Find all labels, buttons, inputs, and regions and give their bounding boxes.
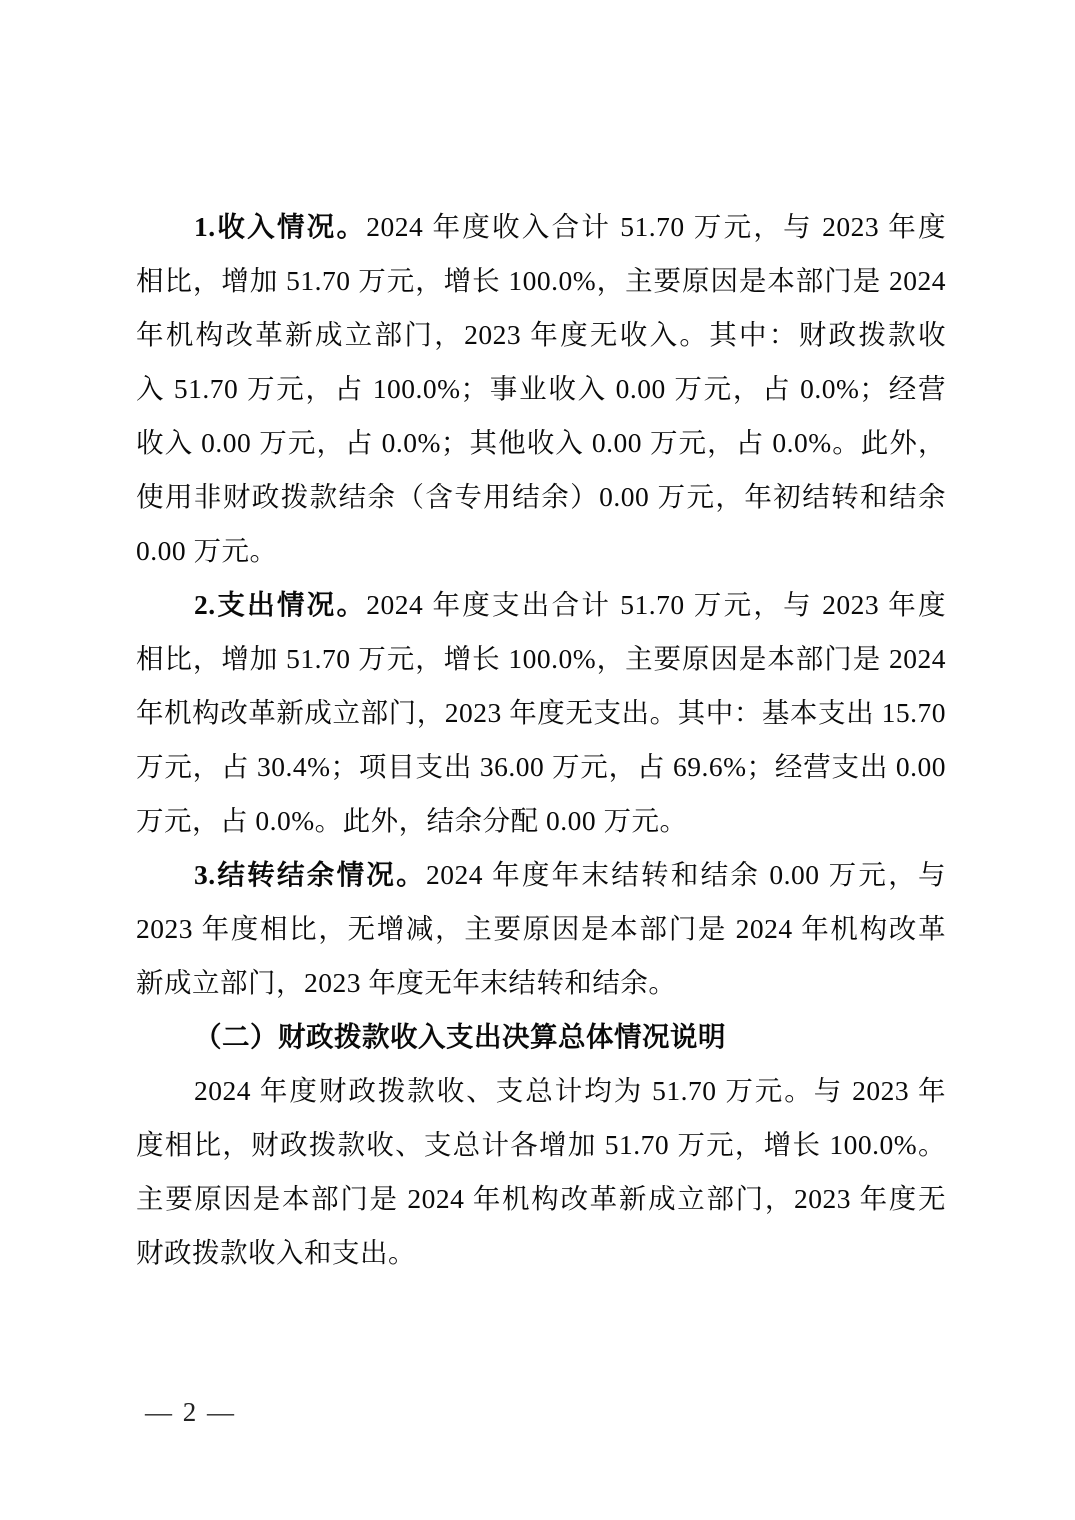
heading-fiscal-appropriation-summary: （二）财政拨款收入支出决算总体情况说明: [136, 1010, 946, 1064]
text-segment: 主要原因是本部门是 2024 年机构改革新成立部门，2023 年度无: [136, 1183, 946, 1214]
text-line: （二）财政拨款收入支出决算总体情况说明: [136, 1010, 946, 1064]
text-line: 2023 年度相比，无增减，主要原因是本部门是 2024 年机构改革: [136, 902, 946, 956]
text-line: 相比，增加 51.70 万元，增长 100.0%，主要原因是本部门是 2024: [136, 632, 946, 686]
text-segment: 新成立部门，2023 年度无年末结转和结余。: [136, 967, 676, 998]
text-segment: 使用非财政拨款结余（含专用结余）0.00 万元，年初结转和结余: [136, 481, 946, 512]
text-line: 3.结转结余情况。2024 年度年末结转和结余 0.00 万元，与: [136, 848, 946, 902]
paragraph-expenditure: 2.支出情况。2024 年度支出合计 51.70 万元，与 2023 年度相比，…: [136, 578, 946, 848]
text-segment: 财政拨款收入和支出。: [136, 1237, 416, 1268]
text-segment: 相比，增加 51.70 万元，增长 100.0%，主要原因是本部门是 2024: [136, 643, 946, 674]
bold-lead-in: 1.收入情况。: [194, 211, 366, 242]
text-segment: 万元，占 0.0%。此外，结余分配 0.00 万元。: [136, 805, 688, 836]
text-segment: 2024 年度财政拨款收、支总计均为 51.70 万元。与 2023 年: [194, 1075, 946, 1106]
text-segment: 年机构改革新成立部门，2023 年度无收入。其中：财政拨款收: [136, 319, 946, 350]
document-body: 1.收入情况。2024 年度收入合计 51.70 万元，与 2023 年度相比，…: [136, 200, 946, 1280]
text-segment: 年机构改革新成立部门，2023 年度无支出。其中：基本支出 15.70: [136, 697, 946, 728]
page-footer: — 2 —: [145, 1396, 236, 1428]
paragraph-fiscal-appropriation: 2024 年度财政拨款收、支总计均为 51.70 万元。与 2023 年度相比，…: [136, 1064, 946, 1280]
bold-lead-in: 2.支出情况。: [194, 589, 366, 620]
text-segment: 相比，增加 51.70 万元，增长 100.0%，主要原因是本部门是 2024: [136, 265, 946, 296]
text-line: 0.00 万元。: [136, 524, 946, 578]
text-segment: 入 51.70 万元，占 100.0%；事业收入 0.00 万元，占 0.0%；…: [136, 373, 946, 404]
text-line: 2.支出情况。2024 年度支出合计 51.70 万元，与 2023 年度: [136, 578, 946, 632]
text-segment: 2023 年度相比，无增减，主要原因是本部门是 2024 年机构改革: [136, 913, 946, 944]
text-line: 入 51.70 万元，占 100.0%；事业收入 0.00 万元，占 0.0%；…: [136, 362, 946, 416]
text-segment: 度相比，财政拨款收、支总计各增加 51.70 万元，增长 100.0%。: [136, 1129, 946, 1160]
bold-lead-in: 3.结转结余情况。: [194, 859, 426, 890]
paragraph-income: 1.收入情况。2024 年度收入合计 51.70 万元，与 2023 年度相比，…: [136, 200, 946, 578]
document-page: 1.收入情况。2024 年度收入合计 51.70 万元，与 2023 年度相比，…: [0, 0, 1075, 1520]
page-number: — 2 —: [145, 1397, 236, 1427]
paragraph-carryover-balance: 3.结转结余情况。2024 年度年末结转和结余 0.00 万元，与2023 年度…: [136, 848, 946, 1010]
text-line: 新成立部门，2023 年度无年末结转和结余。: [136, 956, 946, 1010]
text-line: 财政拨款收入和支出。: [136, 1226, 946, 1280]
text-line: 万元，占 30.4%；项目支出 36.00 万元，占 69.6%；经营支出 0.…: [136, 740, 946, 794]
text-segment: 2024 年度支出合计 51.70 万元，与 2023 年度: [366, 589, 946, 620]
text-segment: 收入 0.00 万元，占 0.0%；其他收入 0.00 万元，占 0.0%。此外…: [136, 427, 946, 458]
text-segment: 0.00 万元。: [136, 535, 278, 566]
bold-lead-in: （二）财政拨款收入支出决算总体情况说明: [194, 1021, 726, 1052]
text-line: 1.收入情况。2024 年度收入合计 51.70 万元，与 2023 年度: [136, 200, 946, 254]
text-line: 相比，增加 51.70 万元，增长 100.0%，主要原因是本部门是 2024: [136, 254, 946, 308]
text-segment: 万元，占 30.4%；项目支出 36.00 万元，占 69.6%；经营支出 0.…: [136, 751, 946, 782]
text-segment: 2024 年度年末结转和结余 0.00 万元，与: [426, 859, 946, 890]
text-line: 度相比，财政拨款收、支总计各增加 51.70 万元，增长 100.0%。: [136, 1118, 946, 1172]
text-line: 使用非财政拨款结余（含专用结余）0.00 万元，年初结转和结余: [136, 470, 946, 524]
text-line: 万元，占 0.0%。此外，结余分配 0.00 万元。: [136, 794, 946, 848]
text-line: 收入 0.00 万元，占 0.0%；其他收入 0.00 万元，占 0.0%。此外…: [136, 416, 946, 470]
text-line: 年机构改革新成立部门，2023 年度无收入。其中：财政拨款收: [136, 308, 946, 362]
text-segment: 2024 年度收入合计 51.70 万元，与 2023 年度: [366, 211, 946, 242]
text-line: 主要原因是本部门是 2024 年机构改革新成立部门，2023 年度无: [136, 1172, 946, 1226]
text-line: 2024 年度财政拨款收、支总计均为 51.70 万元。与 2023 年: [136, 1064, 946, 1118]
text-line: 年机构改革新成立部门，2023 年度无支出。其中：基本支出 15.70: [136, 686, 946, 740]
